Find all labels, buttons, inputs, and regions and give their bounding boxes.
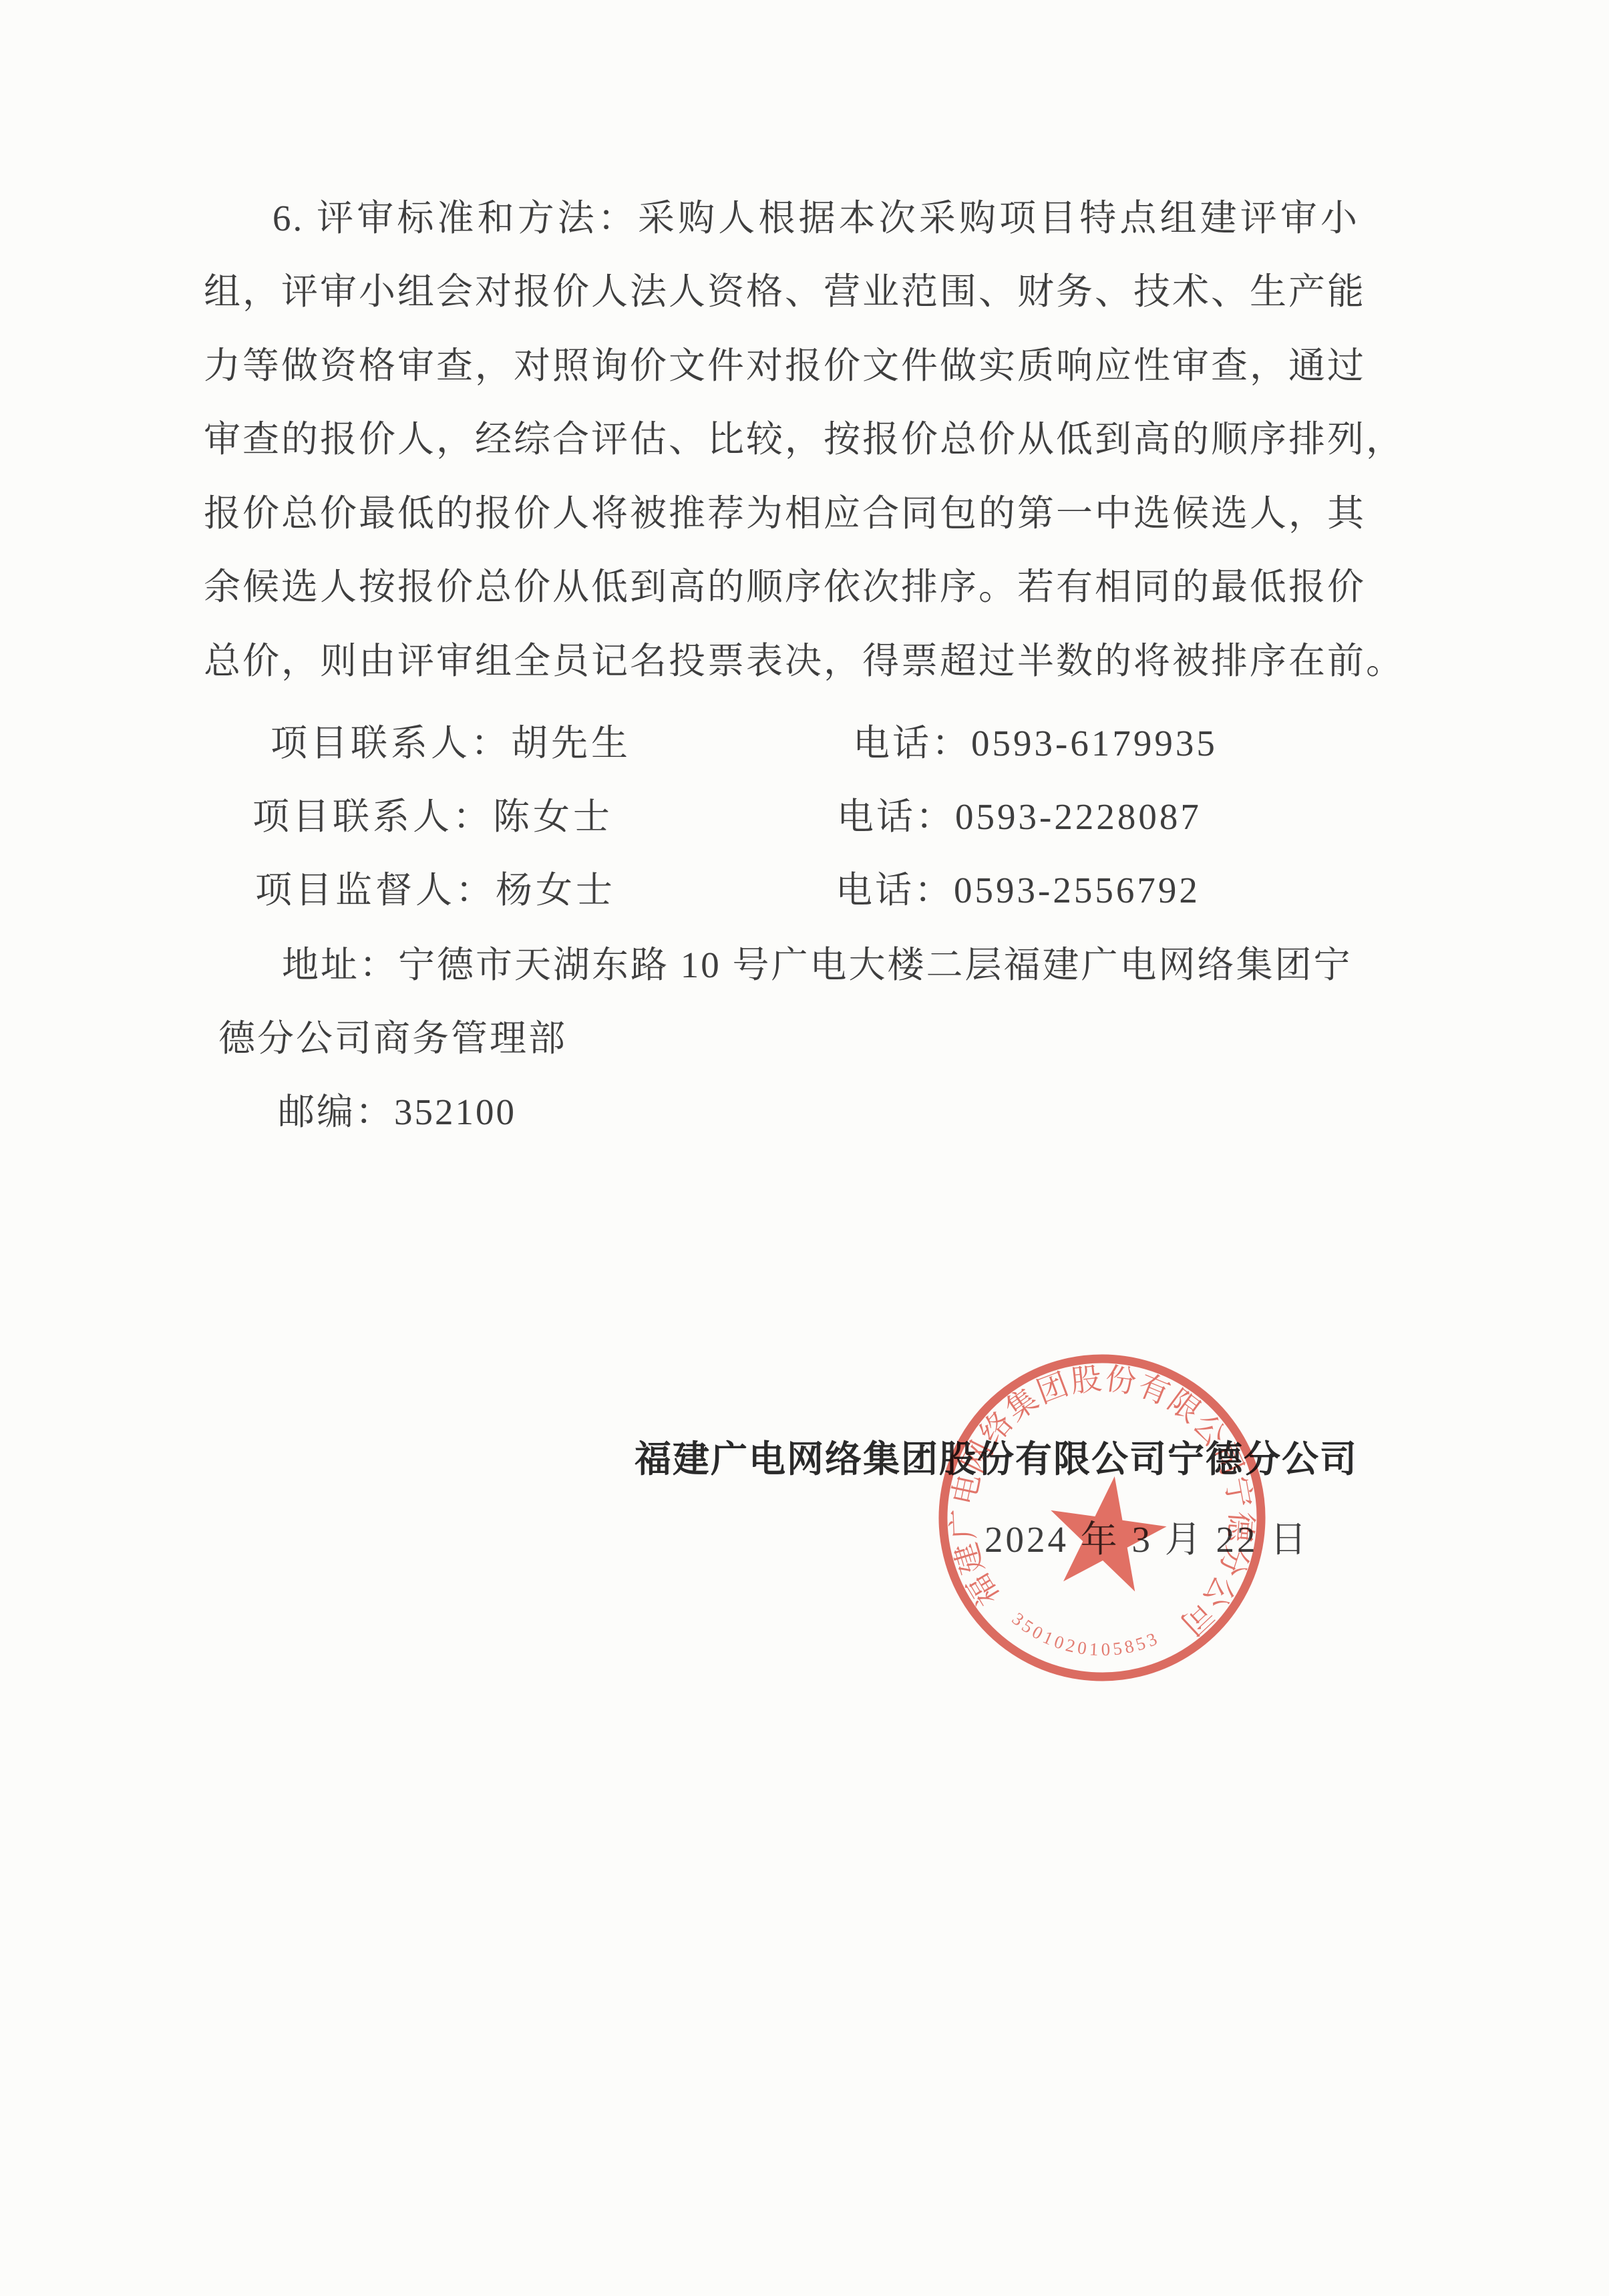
address-line-1: 地址：宁德市天湖东路 10 号广电大楼二层福建广电网络集团宁 (282, 947, 1353, 984)
paragraph-line: 组，评审小组会对报价人法人资格、营业范围、财务、技术、生产能 (204, 273, 1359, 311)
contact-label: 项目联系人：陈女士 (252, 798, 613, 836)
svg-text:福建广电网络集团股份有限公司宁德分公司: 福建广电网络集团股份有限公司宁德分公司 (932, 1342, 1278, 1649)
contact-phone: 电话：0593-6179935 (853, 725, 1218, 762)
paragraph-line: 力等做资格审查，对照询价文件对报价文件做实质响应性审查，通过 (204, 347, 1359, 385)
contact-phone: 电话：0593-2556792 (836, 872, 1200, 909)
address-line-2: 德分公司商务管理部 (218, 1020, 567, 1057)
postal-code: 邮编：352100 (278, 1094, 516, 1131)
seal-ring-text: 福建广电网络集团股份有限公司宁德分公司 (932, 1342, 1278, 1649)
scanned-document-page: 6. 评审标准和方法：采购人根据本次采购项目特点组建评审小 组，评审小组会对报价… (0, 0, 1609, 2296)
contact-label: 项目联系人：胡先生 (271, 725, 631, 762)
paragraph-line: 6. 评审标准和方法：采购人根据本次采购项目特点组建评审小 (204, 200, 1359, 237)
paragraph-line: 审查的报价人，经综合评估、比较，按报价总价从低到高的顺序排列， (204, 421, 1359, 458)
paragraph-line: 余候选人按报价总价从低到高的顺序依次排序。若有相同的最低报价 (204, 568, 1359, 606)
contact-label: 项目监督人：杨女士 (255, 872, 616, 909)
contact-phone: 电话：0593-2228087 (837, 798, 1202, 836)
company-seal: 福建广电网络集团股份有限公司宁德分公司 3501020105853 (922, 1337, 1282, 1698)
paragraph-line: 总价，则由评审组全员记名投票表决，得票超过半数的将被排序在前。 (204, 643, 1359, 680)
seal-star (1041, 1468, 1172, 1595)
paragraph-line: 报价总价最低的报价人将被推荐为相应合同包的第一中选候选人，其 (204, 495, 1359, 532)
